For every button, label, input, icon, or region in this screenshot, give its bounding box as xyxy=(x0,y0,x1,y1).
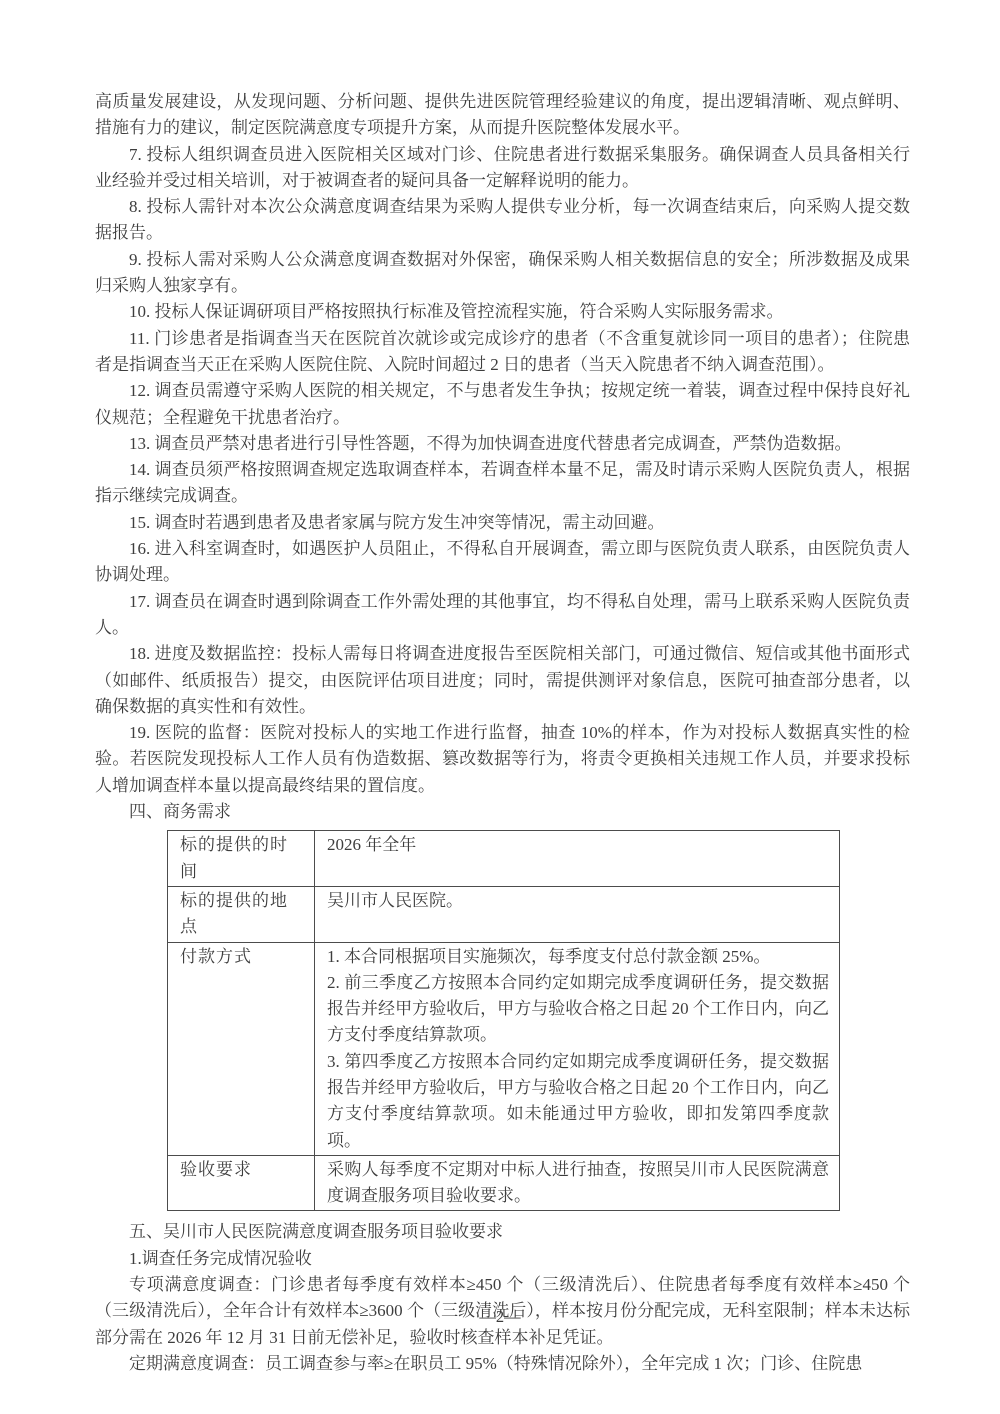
service-requirements-paragraph-14: 四、商务需求 xyxy=(95,799,910,825)
service-requirements-paragraph-1: 7. 投标人组织调查员进入医院相关区域对门诊、住院患者进行数据采集服务。确保调查… xyxy=(95,142,910,195)
table-row-0-label: 标的提供的时间 xyxy=(168,831,315,887)
table-row-2-value-paragraph-1: 2. 前三季度乙方按照本合同约定如期完成季度调研任务，提交数据报告并经甲方验收后… xyxy=(327,970,829,1049)
service-requirements-paragraph-7: 13. 调查员严禁对患者进行引导性答题，不得为加快调查进度代替患者完成调查，严禁… xyxy=(95,431,910,457)
page-number: —2— xyxy=(0,1307,1000,1327)
service-requirements-paragraph-0: 高质量发展建设，从发现问题、分析问题、提供先进医院管理经验建议的角度，提出逻辑清… xyxy=(95,89,910,142)
service-requirements-paragraph-5: 11. 门诊患者是指调查当天在医院首次就诊或完成诊疗的患者（不含重复就诊同一项目… xyxy=(95,326,910,379)
table-row-2-value-paragraph-0: 1. 本合同根据项目实施频次，每季度支付总付款金额 25%。 xyxy=(327,944,829,970)
table-row-3: 验收要求采购人每季度不定期对中标人进行抽查，按照吴川市人民医院满意度调查服务项目… xyxy=(168,1155,840,1211)
section-service-requirements: 高质量发展建设，从发现问题、分析问题、提供先进医院管理经验建议的角度，提出逻辑清… xyxy=(95,89,910,825)
service-requirements-paragraph-6: 12. 调查员需遵守采购人医院的相关规定，不与患者发生争执；按规定统一着装，调查… xyxy=(95,378,910,431)
table-row-1: 标的提供的地点吴川市人民医院。 xyxy=(168,886,840,942)
table-row-1-value-paragraph-0: 吴川市人民医院。 xyxy=(327,888,829,914)
service-requirements-paragraph-12: 18. 进度及数据监控：投标人需每日将调查进度报告至医院相关部门，可通过微信、短… xyxy=(95,641,910,720)
table-row-1-label: 标的提供的地点 xyxy=(168,886,315,942)
service-requirements-paragraph-9: 15. 调查时若遇到患者及患者家属与院方发生冲突等情况，需主动回避。 xyxy=(95,510,910,536)
table-row-0-value-paragraph-0: 2026 年全年 xyxy=(327,832,829,858)
commerce-requirements-table: 标的提供的时间2026 年全年标的提供的地点吴川市人民医院。付款方式1. 本合同… xyxy=(167,830,840,1211)
table-row-0-value: 2026 年全年 xyxy=(315,831,840,887)
service-requirements-paragraph-2: 8. 投标人需针对本次公众满意度调查结果为采购人提供专业分析，每一次调查结束后，… xyxy=(95,194,910,247)
commerce-requirements-table-body: 标的提供的时间2026 年全年标的提供的地点吴川市人民医院。付款方式1. 本合同… xyxy=(168,831,840,1211)
service-requirements-paragraph-3: 9. 投标人需对采购人公众满意度调查数据对外保密，确保采购人相关数据信息的安全；… xyxy=(95,247,910,300)
table-row-3-value: 采购人每季度不定期对中标人进行抽查，按照吴川市人民医院满意度调查服务项目验收要求… xyxy=(315,1155,840,1211)
service-requirements-paragraph-10: 16. 进入科室调查时，如遇医护人员阻止，不得私自开展调查，需立即与医院负责人联… xyxy=(95,536,910,589)
table-row-2: 付款方式1. 本合同根据项目实施频次，每季度支付总付款金额 25%。2. 前三季… xyxy=(168,942,840,1155)
table-row-2-label: 付款方式 xyxy=(168,942,315,1155)
document-page: 高质量发展建设，从发现问题、分析问题、提供先进医院管理经验建议的角度，提出逻辑清… xyxy=(0,0,1000,1414)
service-requirements-paragraph-13: 19. 医院的监督：医院对投标人的实地工作进行监督，抽查 10%的样本，作为对投… xyxy=(95,720,910,799)
table-row-0: 标的提供的时间2026 年全年 xyxy=(168,831,840,887)
document-content: 高质量发展建设，从发现问题、分析问题、提供先进医院管理经验建议的角度，提出逻辑清… xyxy=(95,89,910,1377)
table-row-2-value: 1. 本合同根据项目实施频次，每季度支付总付款金额 25%。2. 前三季度乙方按… xyxy=(315,942,840,1155)
acceptance-requirements-paragraph-3: 定期满意度调查：员工调查参与率≥在职员工 95%（特殊情况除外），全年完成 1 … xyxy=(95,1351,910,1377)
table-row-3-label: 验收要求 xyxy=(168,1155,315,1211)
table-row-3-value-paragraph-0: 采购人每季度不定期对中标人进行抽查，按照吴川市人民医院满意度调查服务项目验收要求… xyxy=(327,1157,829,1210)
service-requirements-paragraph-8: 14. 调查员须严格按照调查规定选取调查样本，若调查样本量不足，需及时请示采购人… xyxy=(95,457,910,510)
acceptance-requirements-paragraph-0: 五、吴川市人民医院满意度调查服务项目验收要求 xyxy=(95,1219,910,1245)
table-row-2-value-paragraph-2: 3. 第四季度乙方按照本合同约定如期完成季度调研任务，提交数据报告并经甲方验收后… xyxy=(327,1049,829,1154)
table-row-1-value: 吴川市人民医院。 xyxy=(315,886,840,942)
service-requirements-paragraph-11: 17. 调查员在调查时遇到除调查工作外需处理的其他事宜，均不得私自处理，需马上联… xyxy=(95,589,910,642)
service-requirements-paragraph-4: 10. 投标人保证调研项目严格按照执行标准及管控流程实施，符合采购人实际服务需求… xyxy=(95,299,910,325)
acceptance-requirements-paragraph-1: 1.调查任务完成情况验收 xyxy=(95,1246,910,1272)
section-acceptance-requirements: 五、吴川市人民医院满意度调查服务项目验收要求1.调查任务完成情况验收专项满意度调… xyxy=(95,1219,910,1377)
